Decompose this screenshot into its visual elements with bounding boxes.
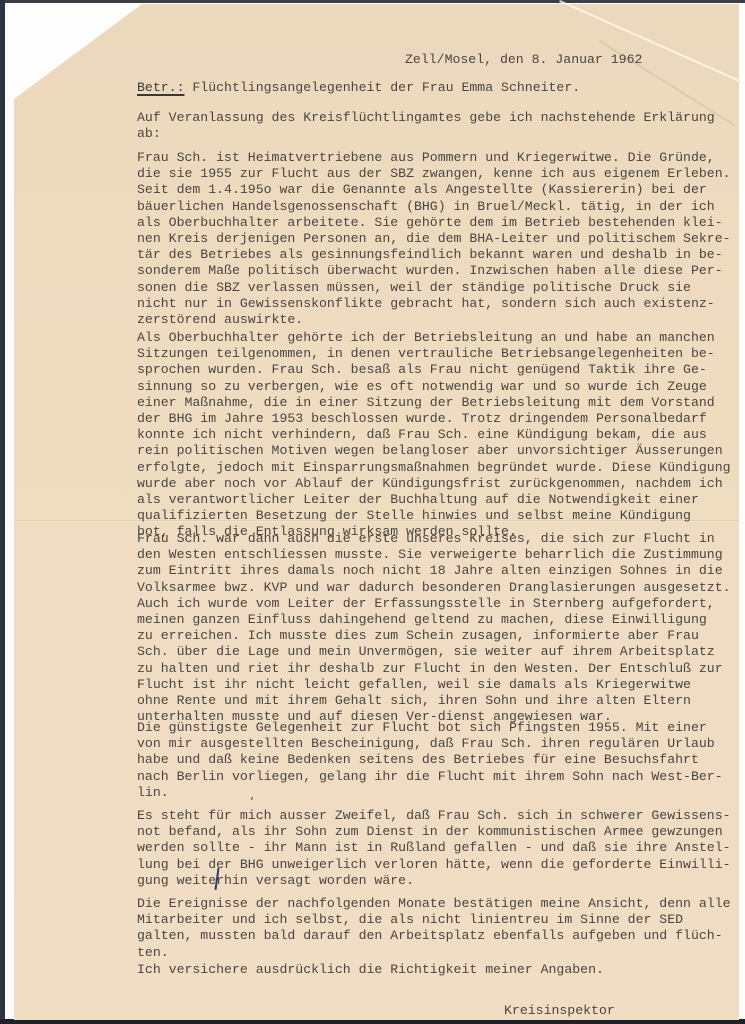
- scanner-edge-left: [0, 0, 5, 1024]
- text-line: nen Kreis derjenigen Personen an, die de…: [137, 231, 731, 247]
- text-line: erfolgte, jedoch mit Einsparrungsmaßnahm…: [137, 460, 731, 476]
- closing-statement: Ich versichere ausdrücklich die Richtigk…: [137, 962, 604, 978]
- text-line: Auch ich wurde vom Leiter der Erfassungs…: [137, 596, 731, 612]
- text-line: galten, mussten bald darauf den Arbeitsp…: [137, 928, 731, 944]
- text-line: Die günstigste Gelegenheit zur Flucht bo…: [137, 720, 723, 736]
- text-line: Auf Veranlassung des Kreisflüchtlingamte…: [137, 110, 715, 126]
- text-line: Als Oberbuchhalter gehörte ich der Betri…: [137, 330, 731, 346]
- text-line: sonen die SBZ verlassen müssen, weil der…: [137, 280, 731, 296]
- signature-title: Kreisinspektor: [504, 1003, 615, 1018]
- paragraph-1: Frau Sch. ist Heimatvertriebene aus Pomm…: [137, 150, 731, 328]
- paragraph-6: Die Ereignisse der nachfolgenden Monate …: [137, 896, 731, 961]
- text-line: werden sollte - ihr Mann ist in Rußland …: [137, 840, 731, 856]
- text-line: ab:: [137, 126, 715, 142]
- text-line: von mir ausgestellten Bescheinigung, daß…: [137, 736, 723, 752]
- subject-line: Betr.: Flüchtlingsangelegenheit der Frau…: [137, 80, 580, 95]
- text-line: Seit dem 1.4.195o war die Genannte als A…: [137, 182, 731, 198]
- text-line: rein politischen Motiven wegen belanglos…: [137, 443, 731, 459]
- text-line: zu erreichen. Ich musste dies zum Schein…: [137, 628, 731, 644]
- text-line: konnte ich nicht verhindern, daß Frau Sc…: [137, 427, 731, 443]
- text-line: ohne Rente und mit ihrem Gehalt sich, ih…: [137, 693, 731, 709]
- text-line: Ich versichere ausdrücklich die Richtigk…: [137, 962, 604, 978]
- paragraph-4: Die günstigste Gelegenheit zur Flucht bo…: [137, 720, 723, 801]
- intro-paragraph: Auf Veranlassung des Kreisflüchtlingamte…: [137, 110, 715, 142]
- text-line: als verantwortlicher Leiter der Buchhalt…: [137, 492, 731, 508]
- text-line: lung bei der BHG unweigerlich verloren h…: [137, 857, 731, 873]
- text-line: Flucht ist ihr nicht leicht gefallen, we…: [137, 677, 731, 693]
- text-line: wurde aber noch vor Ablauf der Kündigung…: [137, 476, 731, 492]
- paragraph-5: Es steht für mich ausser Zweifel, daß Fr…: [137, 808, 731, 889]
- text-line: Sitzungen teilgenommen, in denen vertrau…: [137, 346, 731, 362]
- text-line: sonderem Maße politisch überwacht wurden…: [137, 263, 731, 279]
- text-line: ten.: [137, 945, 731, 961]
- text-line: sprochen wurden. Frau Sch. besaß als Fra…: [137, 362, 731, 378]
- text-line: einer Maßnahme, die in einer Sitzung der…: [137, 395, 731, 411]
- text-line: Frau Sch. ist Heimatvertriebene aus Pomm…: [137, 150, 731, 166]
- text-line: not befand, als ihr Sohn zum Dienst in d…: [137, 824, 731, 840]
- text-line: Volksarmee bwz. KVP und war dadurch beso…: [137, 580, 731, 596]
- text-line: qualifizierten Besetzung der Stelle hinw…: [137, 508, 731, 524]
- paragraph-2: Als Oberbuchhalter gehörte ich der Betri…: [137, 330, 731, 540]
- pen-mark-icon: ʼ: [250, 795, 254, 809]
- text-line: Es steht für mich ausser Zweifel, daß Fr…: [137, 808, 731, 824]
- text-line: Sch. über die Lage und mein Unvermögen, …: [137, 644, 731, 660]
- text-line: bäuerlichen Handelsgenossenschaft (BHG) …: [137, 199, 731, 215]
- text-line: Frau Sch. war dann auch die erste unsere…: [137, 531, 731, 547]
- text-line: Mitarbeiter und ich selbst, die als nich…: [137, 912, 731, 928]
- subject-text: Flüchtlingsangelegenheit der Frau Emma S…: [184, 80, 580, 95]
- subject-label: Betr.:: [137, 80, 184, 95]
- scanned-page: Zell/Mosel, den 8. Januar 1962 Betr.: Fl…: [0, 0, 745, 1024]
- text-line: gung weiterhin versagt worden wäre.: [137, 873, 731, 889]
- scanner-edge-top: [0, 0, 745, 3]
- text-line: meinen ganzen Einfluss dahingehend gelte…: [137, 612, 731, 628]
- text-line: als Oberbuchhalter arbeitete. Sie gehört…: [137, 215, 731, 231]
- text-line: zum Eintritt ihres damals noch nicht 18 …: [137, 563, 731, 579]
- text-line: lin.: [137, 785, 723, 801]
- text-line: tär des Betriebes als gesinnungsfeindlic…: [137, 247, 731, 263]
- text-line: zu halten und riet ihr deshalb zur Fluch…: [137, 661, 731, 677]
- text-line: der BHG im Jahre 1953 beschlossen wurde.…: [137, 411, 731, 427]
- paragraph-3: Frau Sch. war dann auch die erste unsere…: [137, 531, 731, 725]
- text-line: nach Berlin vorliegen, gelang ihr die Fl…: [137, 769, 723, 785]
- text-line: sinnung so zu verbergen, wie es oft notw…: [137, 379, 731, 395]
- text-line: habe und daß keine Bedenken seitens des …: [137, 752, 723, 768]
- text-line: Die Ereignisse der nachfolgenden Monate …: [137, 896, 731, 912]
- text-line: die sie 1955 zur Flucht aus der SBZ zwan…: [137, 166, 731, 182]
- text-line: den Westen entschliessen musste. Sie ver…: [137, 547, 731, 563]
- text-line: zerstörend auswirkte.: [137, 312, 731, 328]
- text-line: nicht nur in Gewissenskonflikte gebracht…: [137, 296, 731, 312]
- place-date: Zell/Mosel, den 8. Januar 1962: [405, 52, 642, 67]
